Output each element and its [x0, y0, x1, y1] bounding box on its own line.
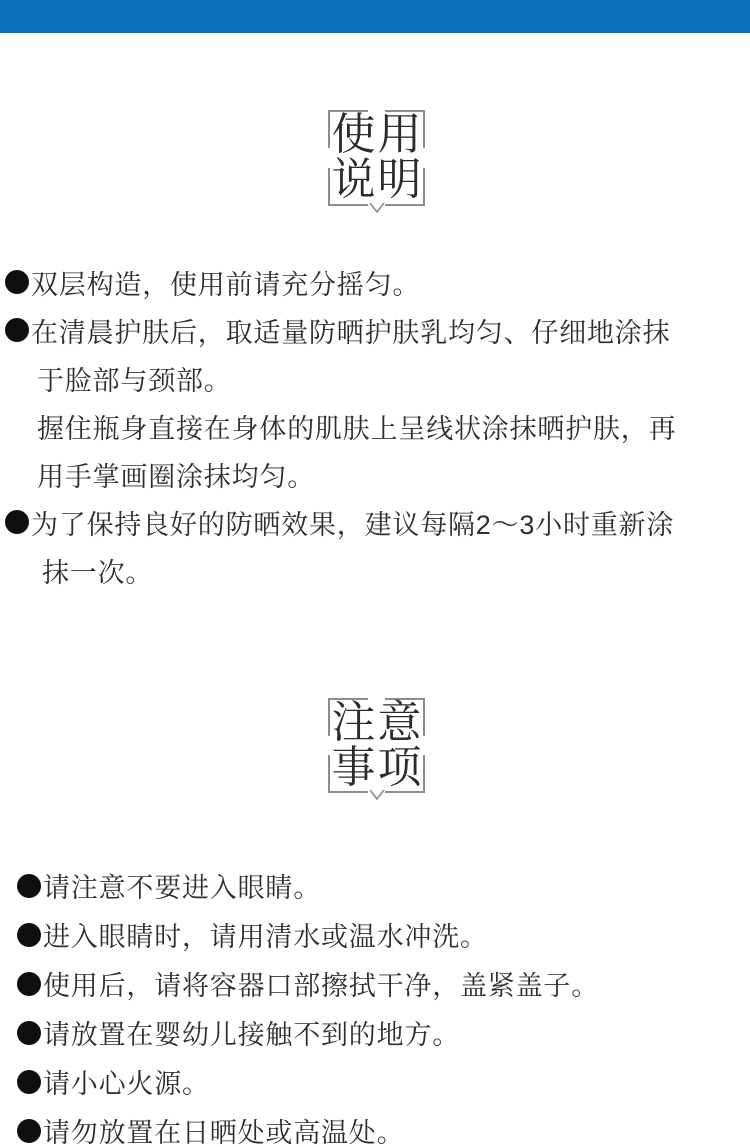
- bullet-icon: [17, 1070, 41, 1094]
- list-item: 进入眼睛时，请用清水或温水冲洗。: [0, 910, 750, 959]
- precautions-list: 请注意不要进入眼睛。 进入眼睛时，请用清水或温水冲洗。 使用后，请将容器口部擦拭…: [0, 861, 750, 1147]
- chevron-down-icon: [368, 202, 386, 214]
- precautions-title-row2: 事项: [328, 745, 425, 790]
- precautions-title: 注意 事项: [328, 700, 425, 790]
- list-item: 使用后，请将容器口部擦拭干净，盖紧盖子。: [0, 959, 750, 1008]
- list-item-text: 请小心火源。: [43, 1062, 210, 1101]
- list-item: 于脸部与颈部。: [0, 354, 750, 402]
- list-item: 抹一次。: [0, 546, 750, 594]
- usage-title: 使用 说明: [328, 112, 425, 202]
- list-item: 请勿放置在日晒处或高温处。: [0, 1106, 750, 1147]
- product-description-page: 使用 说明 双层构造，使用前请充分摇匀。 在清晨护肤后，取适量防晒护肤乳均匀、仔…: [0, 0, 750, 1147]
- list-item: 在清晨护肤后，取适量防晒护肤乳均匀、仔细地涂抹: [0, 306, 750, 354]
- usage-title-frame: 使用 说明: [328, 110, 425, 206]
- usage-list: 双层构造，使用前请充分摇匀。 在清晨护肤后，取适量防晒护肤乳均匀、仔细地涂抹 于…: [0, 258, 750, 594]
- list-item-text: 双层构造，使用前请充分摇匀。: [31, 263, 420, 302]
- bullet-icon: [17, 1021, 41, 1045]
- list-item-text: 于脸部与颈部。: [37, 359, 232, 398]
- bullet-icon: [17, 874, 41, 898]
- bullet-icon: [17, 972, 41, 996]
- precautions-title-frame: 注意 事项: [328, 698, 425, 793]
- list-item-text: 在清晨护肤后，取适量防晒护肤乳均匀、仔细地涂抹: [31, 311, 670, 350]
- list-item-text: 抹一次。: [42, 551, 153, 590]
- list-item: 请注意不要进入眼睛。: [0, 861, 750, 910]
- list-item: 用手掌画圈涂抹均匀。: [0, 450, 750, 498]
- list-item: 为了保持良好的防晒效果，建议每隔2～3小时重新涂: [0, 498, 750, 546]
- list-item-text: 握住瓶身直接在身体的肌肤上呈线状涂抹晒护肤，再: [37, 407, 676, 446]
- bullet-icon: [5, 270, 29, 294]
- list-item: 请小心火源。: [0, 1057, 750, 1106]
- usage-title-row2: 说明: [328, 157, 425, 202]
- list-item-text: 请放置在婴幼儿接触不到的地方。: [43, 1013, 460, 1052]
- bullet-icon: [17, 923, 41, 947]
- chevron-down-icon: [368, 789, 386, 801]
- list-item-text: 用手掌画圈涂抹均匀。: [37, 455, 315, 494]
- usage-title-row1: 使用: [328, 112, 425, 157]
- top-accent-bar: [0, 0, 750, 33]
- list-item-text: 请勿放置在日晒处或高温处。: [43, 1111, 404, 1147]
- precautions-title-row1: 注意: [328, 700, 425, 745]
- list-item-text: 请注意不要进入眼睛。: [43, 866, 321, 905]
- list-item: 握住瓶身直接在身体的肌肤上呈线状涂抹晒护肤，再: [0, 402, 750, 450]
- list-item: 请放置在婴幼儿接触不到的地方。: [0, 1008, 750, 1057]
- bullet-icon: [5, 318, 29, 342]
- list-item-text: 为了保持良好的防晒效果，建议每隔2～3小时重新涂: [31, 503, 674, 542]
- list-item-text: 进入眼睛时，请用清水或温水冲洗。: [43, 915, 488, 954]
- list-item-text: 使用后，请将容器口部擦拭干净，盖紧盖子。: [43, 964, 599, 1003]
- bullet-icon: [17, 1119, 41, 1143]
- list-item: 双层构造，使用前请充分摇匀。: [0, 258, 750, 306]
- bullet-icon: [5, 510, 29, 534]
